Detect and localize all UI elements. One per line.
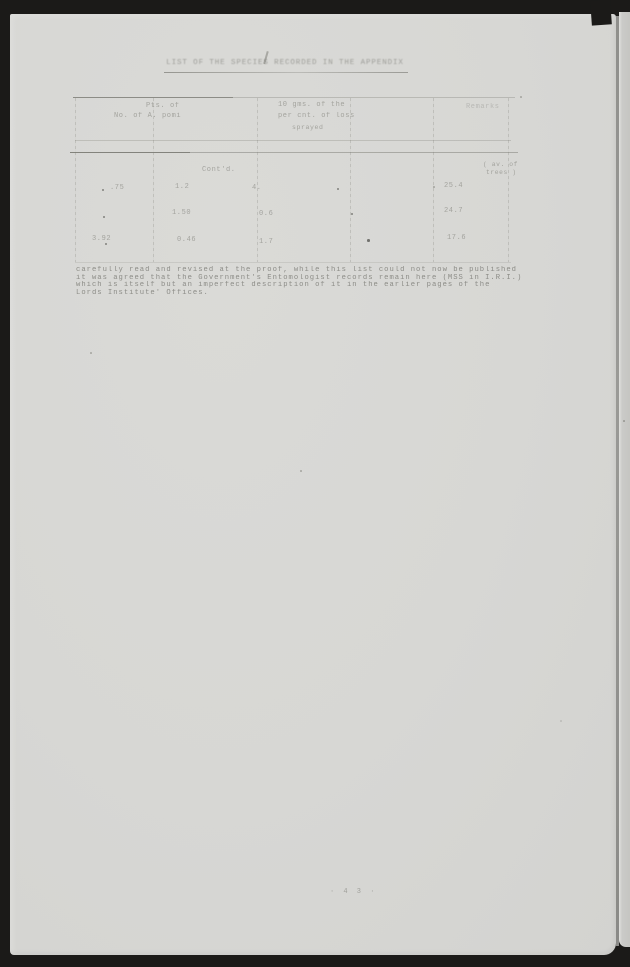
ink-speck <box>351 213 353 215</box>
table-row-cell: 3.92 <box>92 235 111 243</box>
page-title: LIST OF THE SPECIES RECORDED IN THE APPE… <box>160 59 410 67</box>
table-rule-v1 <box>75 98 76 262</box>
table-row-cell: 1.2 <box>175 183 189 191</box>
table-rule-v4 <box>350 98 351 262</box>
ink-speck <box>300 470 302 472</box>
ink-speck <box>103 216 105 218</box>
table-rule-v6 <box>508 98 509 262</box>
table-header-left-line2: No. of A. pomi <box>114 112 181 120</box>
table-row-cell: 1.7 <box>259 238 273 246</box>
table-rule-v5 <box>433 98 434 262</box>
table-group-note-line1: ( av. of <box>483 161 518 168</box>
ink-speck <box>623 420 625 422</box>
photographed-book-page: { "document": { "title": "LIST OF THE SP… <box>0 0 630 967</box>
underlying-page-edge <box>619 12 630 947</box>
ink-speck <box>560 720 562 722</box>
ink-speck <box>433 186 435 188</box>
table-row-cell: .75 <box>110 184 124 192</box>
title-underline <box>164 72 408 73</box>
table-rule-header-upper <box>75 140 511 141</box>
table-row-cell: 24.7 <box>444 207 463 215</box>
page-number: · 4 3 · <box>330 888 377 896</box>
footnote-line: Lords Institute' Offices. <box>76 289 209 297</box>
table-row-cell: 1.50 <box>172 209 191 217</box>
table-header-right-line3: sprayed <box>292 124 324 131</box>
table-rule-header-dark-segment <box>70 152 190 153</box>
ink-speck <box>367 239 370 242</box>
table-row-cell: 25.4 <box>444 182 463 190</box>
ink-speck <box>105 243 107 245</box>
table-header-right-line1: 10 gms. of the <box>278 101 345 109</box>
table-row-cell: 0.6 <box>259 210 273 218</box>
ink-speck <box>90 352 92 354</box>
table-rule-v3 <box>257 98 258 262</box>
table-header-right-line2: per cnt. of loss <box>278 112 355 120</box>
ink-speck <box>337 188 339 190</box>
table-row-cell: 17.6 <box>447 234 466 242</box>
binding-notch <box>590 0 612 26</box>
ink-speck <box>520 96 522 98</box>
ink-speck <box>102 189 104 191</box>
table-rule-bottom <box>75 262 511 263</box>
table-row-cell: 4. <box>252 184 262 192</box>
table-header-remarks: Remarks <box>466 103 500 111</box>
table-rule-v2 <box>153 98 154 262</box>
table-header-mid-line1: Pts. of <box>146 102 180 110</box>
page-paper <box>10 14 616 955</box>
table-row-cell: 0.46 <box>177 236 196 244</box>
table-group-label: Cont'd. <box>202 166 236 174</box>
table-group-note-line2: trees ) <box>486 169 517 176</box>
